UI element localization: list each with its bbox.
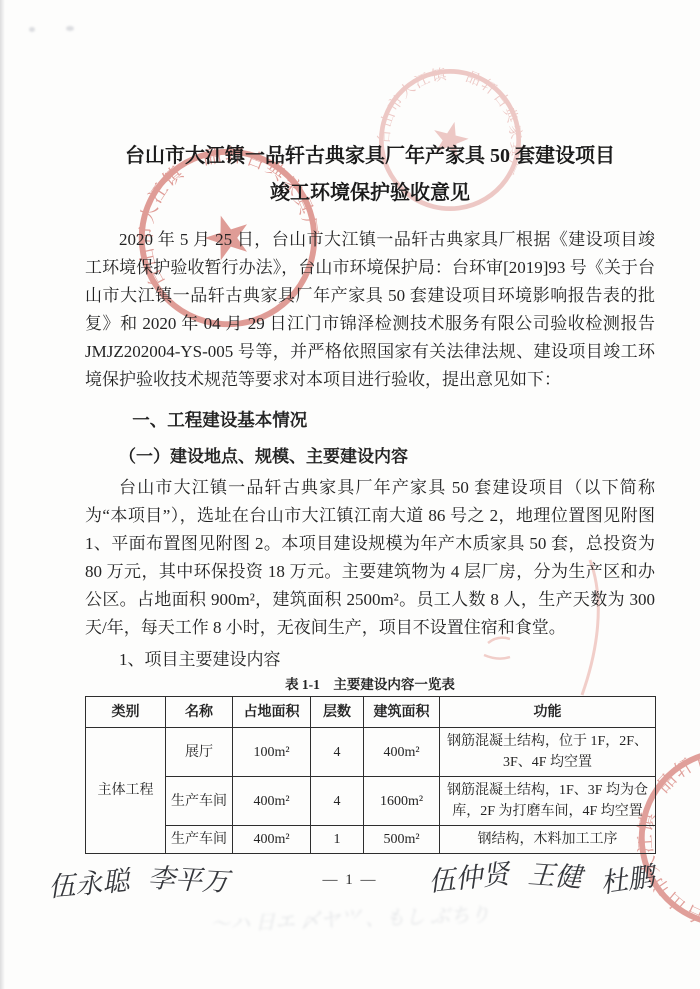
scan-edge-shadow [0, 0, 5, 989]
document-title-line2: 竣工环境保护验收意见 [85, 175, 655, 212]
list-item-1-heading: 1、项目主要建设内容 [85, 646, 655, 673]
cell-name: 展厅 [166, 728, 233, 777]
cell-function: 钢筋混凝土结构，1F、3F 均为仓库，2F 为打磨车间，4F 均空置 [440, 777, 656, 826]
col-header-floors: 层数 [311, 697, 364, 728]
table-1-1-caption: 表 1-1 主要建设内容一览表 [85, 675, 655, 694]
cell-function: 钢筋混凝土结构，位于 1F，2F、3F、4F 均空置 [440, 728, 656, 777]
cell-category-merged: 主体工程 [86, 728, 166, 854]
project-overview-paragraph: 台山市大江镇一品轩古典家具厂年产家具 50 套建设项目（以下简称为“本项目”），… [85, 474, 655, 642]
cell-floors: 4 [311, 728, 364, 777]
col-header-built-area: 建筑面积 [364, 697, 440, 728]
cell-built-area: 400m² [364, 728, 440, 777]
col-header-name: 名称 [166, 697, 233, 728]
cell-built-area: 1600m² [364, 777, 440, 826]
table-row: 主体工程 展厅 100m² 4 400m² 钢筋混凝土结构，位于 1F，2F、3… [86, 728, 656, 777]
document-title-line1: 台山市大江镇一品轩古典家具厂年产家具 50 套建设项目 [85, 138, 655, 175]
cell-name: 生产车间 [166, 777, 233, 826]
main-construction-table: 类别 名称 占地面积 层数 建筑面积 功能 主体工程 展厅 100m² 4 40… [85, 696, 656, 854]
col-header-category: 类别 [86, 697, 166, 728]
col-header-land-area: 占地面积 [233, 697, 311, 728]
section-1-1-heading: （一）建设地点、规模、主要建设内容 [85, 442, 655, 471]
table-row: 生产车间 400m² 4 1600m² 钢筋混凝土结构，1F、3F 均为仓库，2… [86, 777, 656, 826]
cell-floors: 4 [311, 777, 364, 826]
document-body: 台山市大江镇一品轩古典家具厂年产家具 50 套建设项目 竣工环境保护验收意见 2… [85, 0, 655, 854]
page-number: — 1 — [0, 872, 700, 889]
document-title: 台山市大江镇一品轩古典家具厂年产家具 50 套建设项目 竣工环境保护验收意见 [85, 138, 655, 212]
scan-speck [66, 26, 74, 31]
col-header-function: 功能 [440, 697, 656, 728]
cell-land-area: 100m² [233, 728, 311, 777]
table-header-row: 类别 名称 占地面积 层数 建筑面积 功能 [86, 697, 656, 728]
cell-land-area: 400m² [233, 777, 311, 826]
intro-paragraph: 2020 年 5 月 25 日，台山市大江镇一品轩古典家具厂根据《建设项目竣工环… [85, 226, 655, 394]
section-1-heading: 一、工程建设基本情况 [85, 406, 655, 435]
scanned-document-page: 台山市大江镇一品轩古典家具厂 台山市大江镇一品轩古典家具厂 台山市大江镇一品轩古… [0, 0, 700, 989]
scan-speck [29, 27, 35, 32]
